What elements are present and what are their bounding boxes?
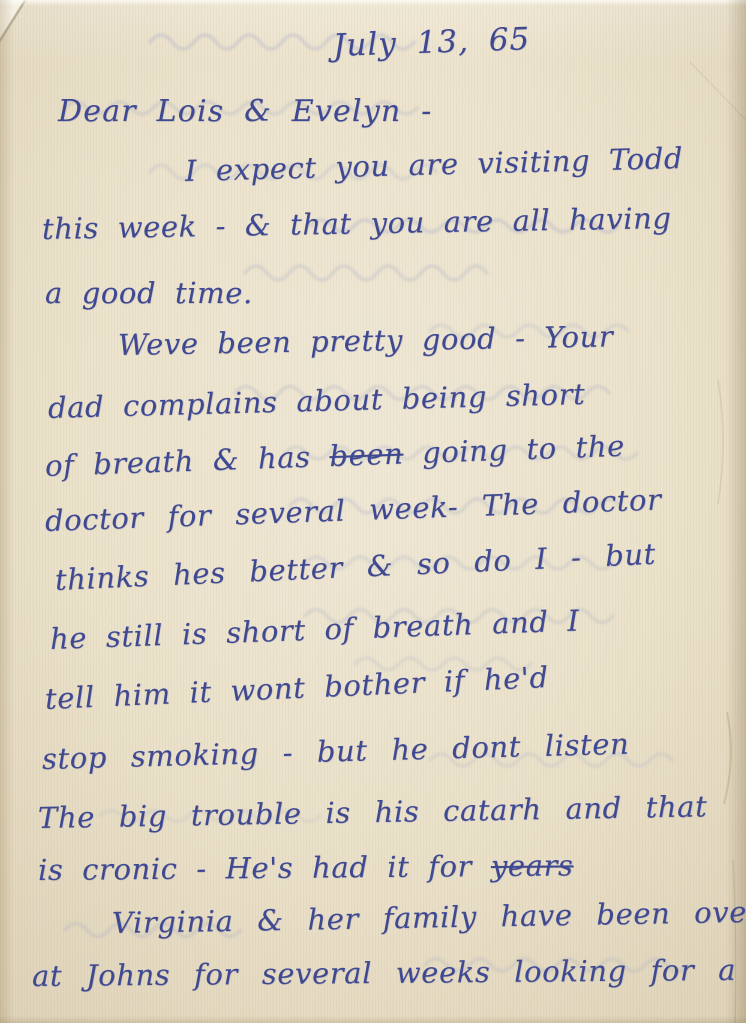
letter-text: of breath & has [44,439,330,483]
letter-date: July 13, 65 [332,21,530,64]
paper-edge-bottom [0,1016,746,1023]
letter-text: is cronic - He's had it for [38,849,491,887]
letter-line: a good time. [45,276,253,310]
letter-line: he still is short of breath and I [49,604,579,656]
letter-line: dad complains about being short [48,377,586,425]
letter-text: going to the [403,429,626,471]
letter-line: Weve been pretty good - Your [118,319,614,362]
letter-line: of breath & has been going to the [44,429,625,483]
letter-line: tell him it wont bother if he'd [44,660,549,716]
paper-edge-top [0,0,746,6]
paper-edge-left [0,0,14,1023]
struck-word: years [491,848,574,883]
letter-line: this week - & that you are all having [42,201,672,246]
struck-word: been [329,436,404,473]
letter-line: thinks hes better & so do I - but [54,537,656,597]
letter-line: at Johns for several weeks looking for a [32,953,736,993]
letter-line: stop smoking - but he dont listen [42,727,630,776]
letter-page: July 13, 65 Dear Lois & Evelyn - I expec… [0,0,746,1023]
letter-line: doctor for several week- The doctor [44,482,662,538]
letter-line: is cronic - He's had it for years [38,848,574,887]
letter-line: The big trouble is his catarh and that [38,789,708,835]
letter-line: I expect you are visiting Todd [185,141,684,188]
letter-salutation: Dear Lois & Evelyn - [58,94,432,129]
letter-line: Virginia & her family have been over [112,895,746,940]
paper-edge-right [726,0,746,1023]
